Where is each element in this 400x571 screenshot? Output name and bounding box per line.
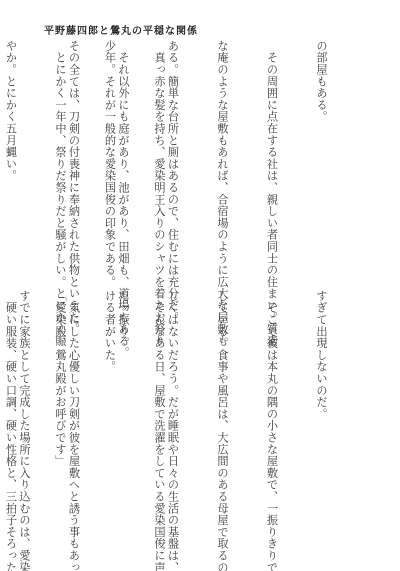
text-line: な庵のような屋敷もあれば、合宿場のように広大な屋敷も (214, 40, 231, 280)
text-line: そんなある日、屋敷で洗濯をしている愛染国俊に声をか (151, 290, 168, 530)
text-block-top-left: 真っ赤な髪を持ち、愛染明王入りのシャツを着たお祭り 少年。それが一般的な愛染国俊… (0, 40, 200, 280)
text-line: 硬い服装、硬い口調、硬い性格と、三拍子そろった平野 (2, 290, 19, 530)
text-line: とにかく一年中、祭りだ祭りだと騒がしい。とにかく賑 (52, 40, 69, 280)
text-line: の部屋もある。 (313, 40, 330, 280)
text-line: 「愛染殿、鶯丸殿がお呼びです」 (52, 290, 69, 530)
text-line: 少年。それが一般的な愛染国俊の印象である。 (101, 40, 118, 280)
text-line: その周囲に点在する社は、親しい者同士の住まい。質素 (263, 40, 280, 280)
text-line: している。食事や風呂は、大広間のある母屋で取るので寂 (214, 290, 231, 530)
text-line: そこで彼は本丸の隅の小さな屋敷で、一振りきりで暮ら (263, 290, 280, 530)
text-line: すぎて出現しないのだ。 (313, 290, 330, 530)
text-line: やか。とにかく五月蝿い。 (2, 40, 19, 280)
text-line: ける者がいた。 (101, 290, 118, 530)
text-block-bottom-left: そんなある日、屋敷で洗濯をしている愛染国俊に声をか ける者がいた。 「愛染殿、鶯… (0, 290, 200, 530)
page-header-title: 平野藤四郎と鶯丸の平穏な関係 (44, 22, 198, 37)
text-line: 真っ赤な髪を持ち、愛染明王入りのシャツを着たお祭り (151, 40, 168, 280)
